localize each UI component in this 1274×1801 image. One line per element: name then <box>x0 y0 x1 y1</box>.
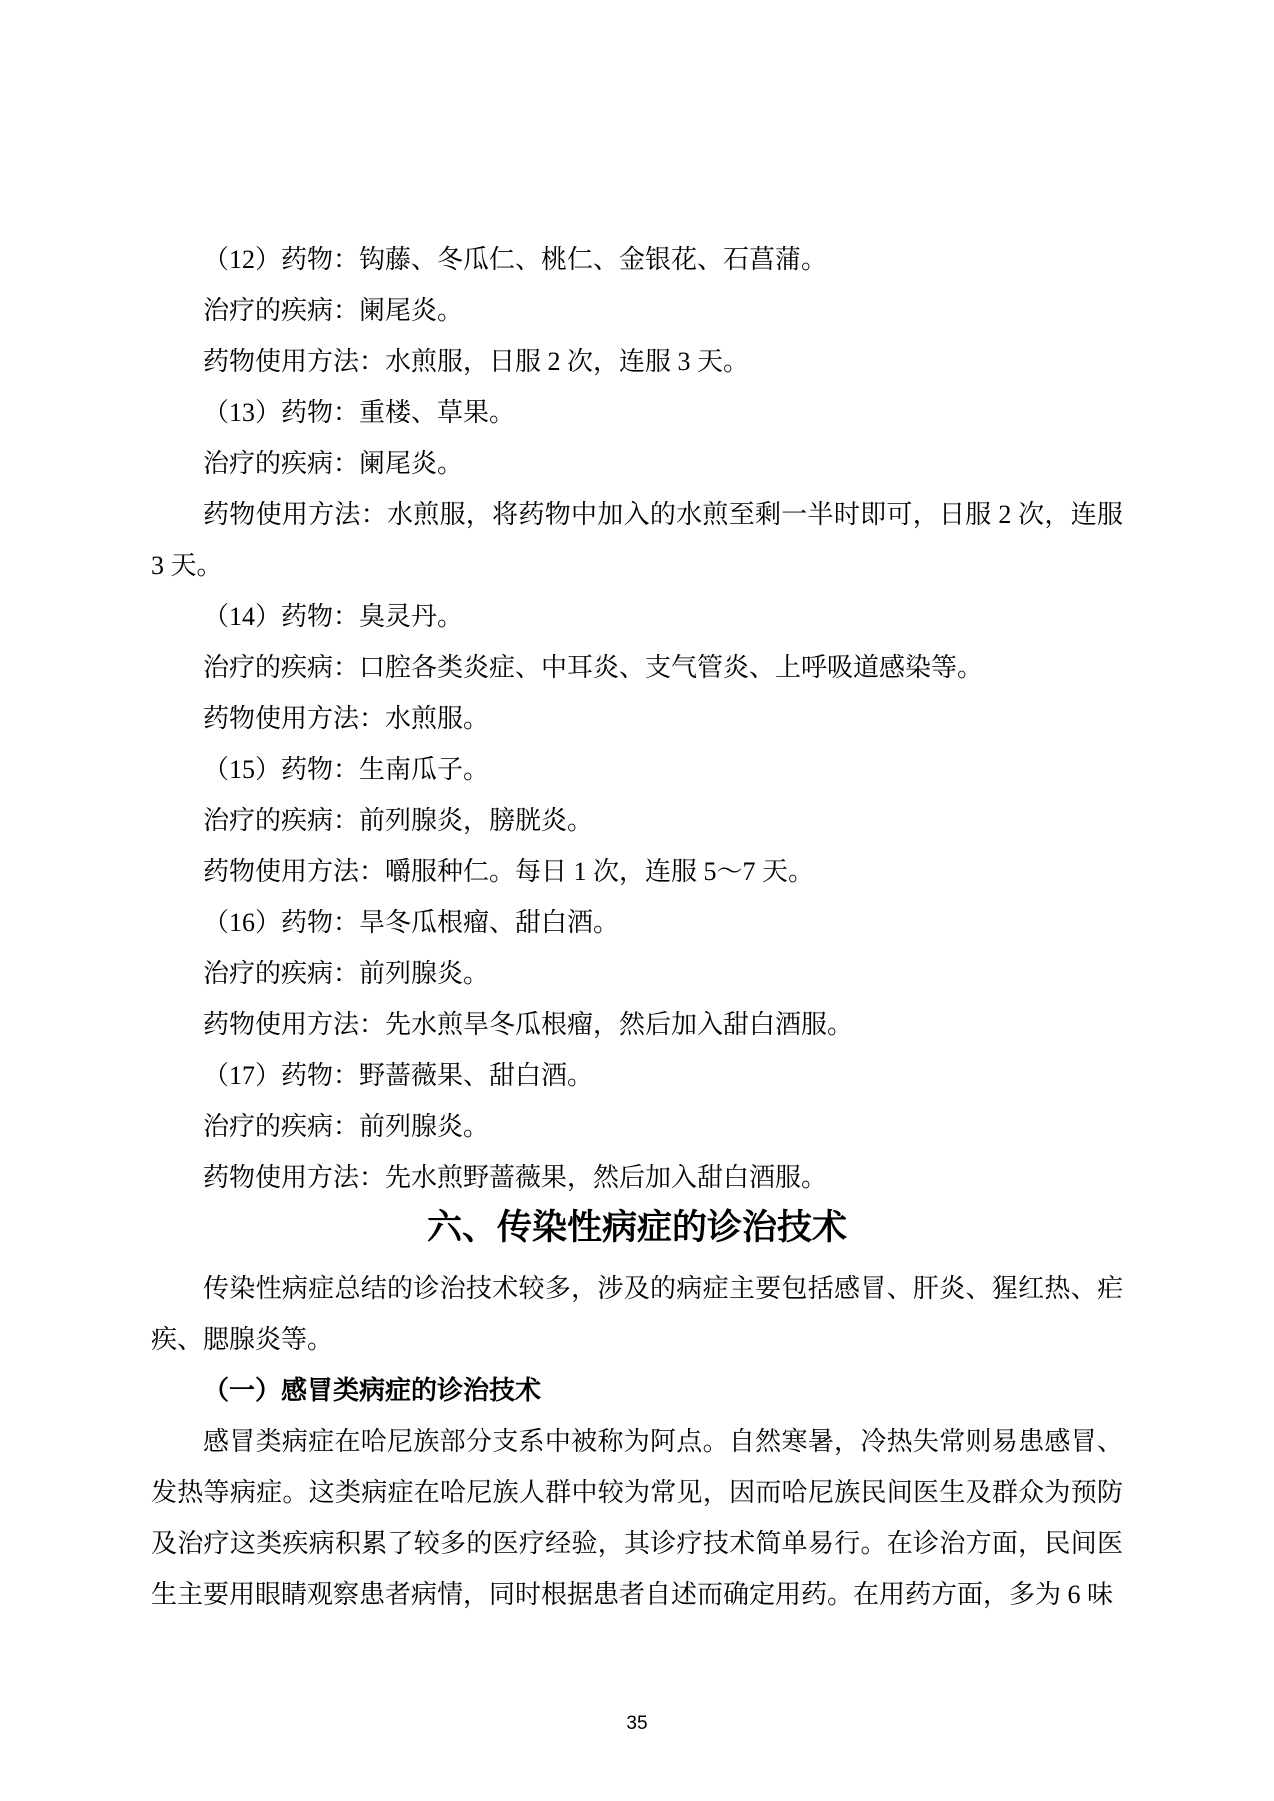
section-intro-paragraph: 传染性病症总结的诊治技术较多，涉及的病症主要包括感冒、肝炎、猩红热、疟疾、腮腺炎… <box>151 1263 1123 1365</box>
prescription-14-disease: 治疗的疾病：口腔各类炎症、中耳炎、支气管炎、上呼吸道感染等。 <box>151 642 1123 693</box>
prescription-16-disease: 治疗的疾病：前列腺炎。 <box>151 948 1123 999</box>
prescription-15-drugs: （15）药物：生南瓜子。 <box>151 744 1123 795</box>
prescription-12-drugs: （12）药物：钩藤、冬瓜仁、桃仁、金银花、石菖蒲。 <box>151 234 1123 285</box>
prescription-12-usage: 药物使用方法：水煎服，日服 2 次，连服 3 天。 <box>151 336 1123 387</box>
prescription-16-usage: 药物使用方法：先水煎旱冬瓜根瘤，然后加入甜白酒服。 <box>151 999 1123 1050</box>
prescription-14-drugs: （14）药物：臭灵丹。 <box>151 591 1123 642</box>
prescription-15-usage: 药物使用方法：嚼服种仁。每日 1 次，连服 5～7 天。 <box>151 846 1123 897</box>
prescription-17-usage: 药物使用方法：先水煎野蔷薇果，然后加入甜白酒服。 <box>151 1152 1123 1203</box>
prescription-13-disease: 治疗的疾病：阑尾炎。 <box>151 438 1123 489</box>
document-page: （12）药物：钩藤、冬瓜仁、桃仁、金银花、石菖蒲。 治疗的疾病：阑尾炎。 药物使… <box>0 0 1274 1801</box>
section-heading: 六、传染性病症的诊治技术 <box>151 1203 1123 1252</box>
prescription-13-drugs: （13）药物：重楼、草果。 <box>151 387 1123 438</box>
prescription-15-disease: 治疗的疾病：前列腺炎，膀胱炎。 <box>151 795 1123 846</box>
prescription-13-usage: 药物使用方法：水煎服，将药物中加入的水煎至剩一半时即可，日服 2 次，连服 3 … <box>151 489 1123 591</box>
document-body: （12）药物：钩藤、冬瓜仁、桃仁、金银花、石菖蒲。 治疗的疾病：阑尾炎。 药物使… <box>151 234 1123 1620</box>
prescription-17-drugs: （17）药物：野蔷薇果、甜白酒。 <box>151 1050 1123 1101</box>
prescription-16-drugs: （16）药物：旱冬瓜根瘤、甜白酒。 <box>151 897 1123 948</box>
subsection-heading: （一）感冒类病症的诊治技术 <box>151 1365 1123 1416</box>
page-number: 35 <box>0 1712 1274 1736</box>
prescription-14-usage: 药物使用方法：水煎服。 <box>151 693 1123 744</box>
prescription-12-disease: 治疗的疾病：阑尾炎。 <box>151 285 1123 336</box>
subsection-paragraph: 感冒类病症在哈尼族部分支系中被称为阿点。自然寒暑，冷热失常则易患感冒、发热等病症… <box>151 1416 1123 1620</box>
prescription-17-disease: 治疗的疾病：前列腺炎。 <box>151 1101 1123 1152</box>
